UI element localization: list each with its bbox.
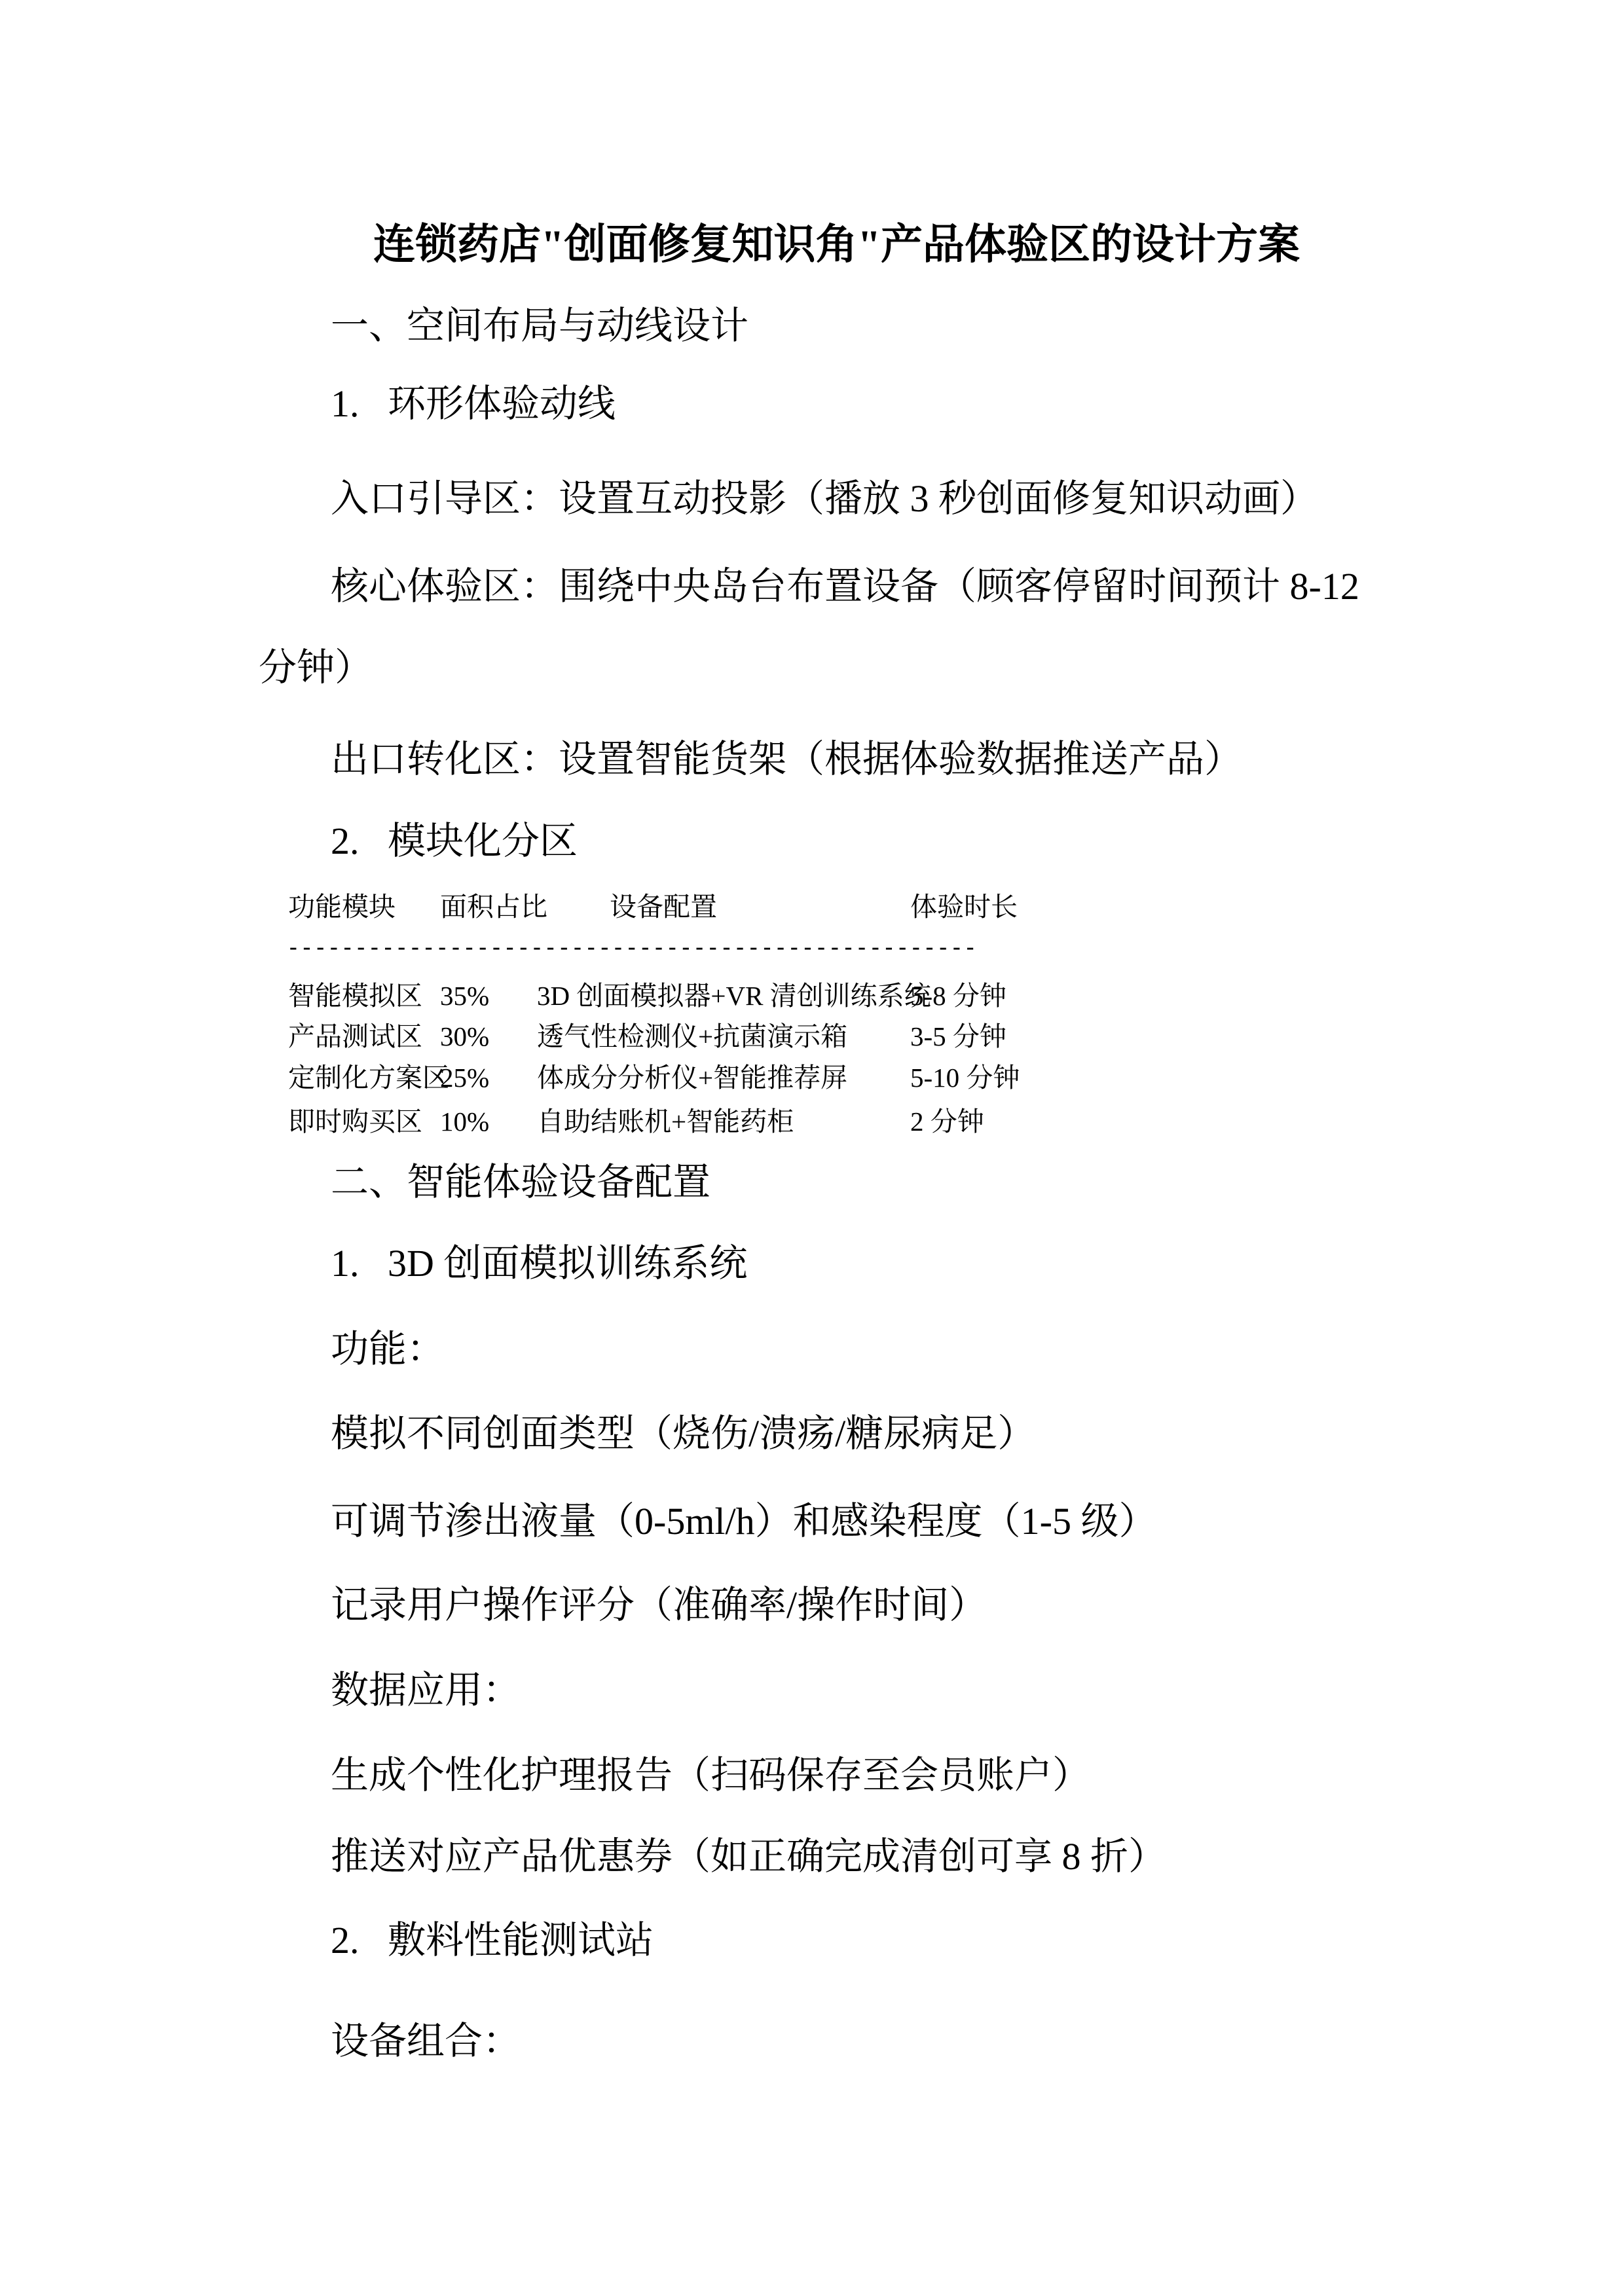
section-heading-2: 二、智能体验设备配置	[331, 1156, 710, 1209]
table-header-module: 功能模块	[288, 889, 396, 924]
table-cell: 3D 创面模拟器+VR 清创训练系统	[537, 978, 931, 1013]
section-heading-1: 一、空间布局与动线设计	[331, 300, 748, 352]
list-item-1-1: 1. 环形体验动线	[331, 378, 616, 430]
paragraph-generate-report: 生成个性化护理报告（扫码保存至会员账户）	[331, 1749, 1090, 1802]
table-cell: 透气性检测仪+抗菌演示箱	[537, 1019, 847, 1054]
table-cell: 定制化方案区	[288, 1060, 449, 1095]
table-cell: 产品测试区	[288, 1019, 422, 1054]
table-cell: 35%	[440, 978, 489, 1013]
table-cell: 10%	[440, 1104, 489, 1139]
paragraph-data-application-label: 数据应用：	[331, 1664, 521, 1717]
table-cell: 30%	[440, 1019, 489, 1054]
list-item-1-2: 2. 模块化分区	[331, 815, 578, 867]
table-cell: 3-5 分钟	[910, 1019, 1006, 1054]
paragraph-push-coupon: 推送对应产品优惠券（如正确完成清创可享 8 折）	[331, 1831, 1166, 1883]
table-header-area: 面积占比	[440, 889, 547, 924]
paragraph-function-label: 功能：	[331, 1323, 445, 1376]
list-item-2-1: 1. 3D 创面模拟训练系统	[331, 1237, 747, 1290]
table-cell: 5-10 分钟	[910, 1060, 1020, 1095]
table-cell: 25%	[440, 1060, 489, 1095]
table-cell: 5-8 分钟	[910, 978, 1006, 1013]
table-header-equipment: 设备配置	[610, 889, 717, 924]
paragraph-simulate-types: 模拟不同创面类型（烧伤/溃疡/糖尿病足）	[331, 1408, 1035, 1460]
table-cell: 体成分分析仪+智能推荐屏	[537, 1060, 847, 1095]
table-cell: 2 分钟	[910, 1104, 984, 1139]
paragraph-entrance-zone: 入口引导区：设置互动投影（播放 3 秒创面修复知识动画）	[331, 473, 1318, 525]
list-item-2-2: 2. 敷料性能测试站	[331, 1914, 654, 1967]
table-divider: ----------------------------------------…	[286, 932, 975, 964]
paragraph-core-zone-continuation: 分钟）	[259, 642, 373, 694]
table-header-duration: 体验时长	[910, 889, 1018, 924]
table-cell: 即时购买区	[288, 1104, 422, 1139]
paragraph-equipment-combo-label: 设备组合：	[331, 2015, 521, 2068]
document-title: 连锁药店"创面修复知识角"产品体验区的设计方案	[373, 211, 1300, 271]
paragraph-core-zone: 核心体验区：围绕中央岛台布置设备（顾客停留时间预计 8-12	[331, 560, 1359, 613]
document-page: 连锁药店"创面修复知识角"产品体验区的设计方案 一、空间布局与动线设计 1. 环…	[0, 0, 1624, 2296]
paragraph-record-score: 记录用户操作评分（准确率/操作时间）	[331, 1579, 987, 1631]
paragraph-adjustable-params: 可调节渗出液量（0-5ml/h）和感染程度（1-5 级）	[331, 1495, 1156, 1548]
paragraph-exit-zone: 出口转化区：设置智能货架（根据体验数据推送产品）	[331, 733, 1242, 786]
table-cell: 智能模拟区	[288, 978, 422, 1013]
table-cell: 自助结账机+智能药柜	[537, 1104, 794, 1139]
